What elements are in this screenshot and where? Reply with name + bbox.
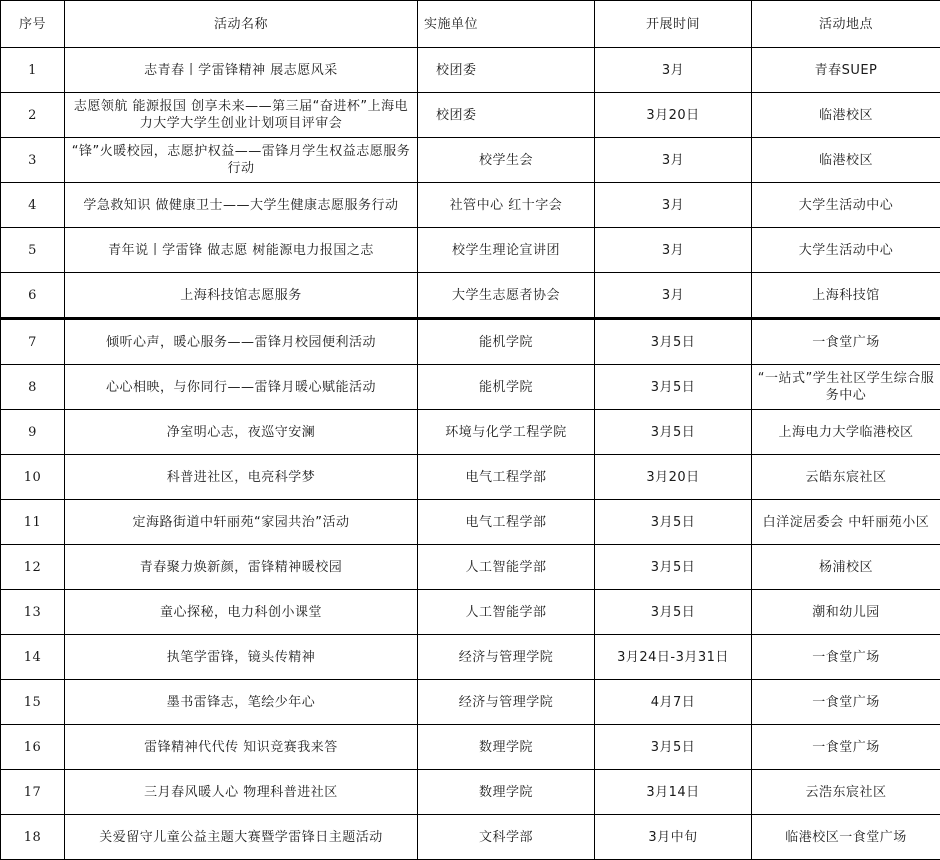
cell-activity-name: 上海科技馆志愿服务: [65, 273, 418, 319]
cell-unit: 数理学院: [418, 770, 595, 815]
cell-activity-name: 学急救知识 做健康卫士——大学生健康志愿服务行动: [65, 183, 418, 228]
table-row: 2 志愿领航 能源报国 创享未来——第三届“奋进杯”上海电力大学大学生创业计划项…: [1, 93, 940, 138]
cell-no: 5: [1, 228, 65, 273]
cell-unit: 校学生会: [418, 138, 595, 183]
cell-unit: 经济与管理学院: [418, 680, 595, 725]
cell-time: 4月7日: [595, 680, 752, 725]
cell-no: 7: [1, 319, 65, 365]
table-row: 4 学急救知识 做健康卫士——大学生健康志愿服务行动 社管中心 红十字会 3月 …: [1, 183, 940, 228]
table-row: 6 上海科技馆志愿服务 大学生志愿者协会 3月 上海科技馆: [1, 273, 940, 319]
cell-activity-name: 童心探秘，电力科创小课堂: [65, 590, 418, 635]
header-activity-name: 活动名称: [65, 1, 418, 48]
cell-time: 3月20日: [595, 455, 752, 500]
table-row: 9 净室明心志，夜巡守安澜 环境与化学工程学院 3月5日 上海电力大学临港校区: [1, 410, 940, 455]
cell-activity-name: 定海路街道中轩丽苑“家园共治”活动: [65, 500, 418, 545]
cell-place: 一食堂广场: [752, 319, 940, 365]
cell-no: 15: [1, 680, 65, 725]
cell-unit: 数理学院: [418, 725, 595, 770]
cell-activity-name: 志愿领航 能源报国 创享未来——第三届“奋进杯”上海电力大学大学生创业计划项目评…: [65, 93, 418, 138]
cell-no: 9: [1, 410, 65, 455]
cell-unit: 经济与管理学院: [418, 635, 595, 680]
cell-time: 3月: [595, 273, 752, 319]
activity-table: 序号 活动名称 实施单位 开展时间 活动地点 1 志青春丨学雷锋精神 展志愿风采…: [0, 0, 940, 855]
activity-table-container: 序号 活动名称 实施单位 开展时间 活动地点 1 志青春丨学雷锋精神 展志愿风采…: [0, 0, 940, 855]
cell-place: 潮和幼儿园: [752, 590, 940, 635]
table-row: 15 墨书雷锋志，笔绘少年心 经济与管理学院 4月7日 一食堂广场: [1, 680, 940, 725]
cell-place: 上海电力大学临港校区: [752, 410, 940, 455]
cell-time: 3月5日: [595, 319, 752, 365]
cell-activity-name: 科普进社区，电亮科学梦: [65, 455, 418, 500]
cell-place: 一食堂广场: [752, 635, 940, 680]
cell-unit: 社管中心 红十字会: [418, 183, 595, 228]
header-time: 开展时间: [595, 1, 752, 48]
cell-place: 青春SUEP: [752, 48, 940, 93]
table-row: 12 青春聚力焕新颜，雷锋精神暖校园 人工智能学部 3月5日 杨浦校区: [1, 545, 940, 590]
cell-activity-name: 雷锋精神代代传 知识竞赛我来答: [65, 725, 418, 770]
cell-place: 临港校区一食堂广场: [752, 815, 940, 856]
cell-time: 3月5日: [595, 410, 752, 455]
cell-activity-name: 关爱留守儿童公益主题大赛暨学雷锋日主题活动: [65, 815, 418, 856]
cell-no: 16: [1, 725, 65, 770]
cell-time: 3月: [595, 138, 752, 183]
cell-activity-name: 青春聚力焕新颜，雷锋精神暖校园: [65, 545, 418, 590]
cell-activity-name: 青年说丨学雷锋 做志愿 树能源电力报国之志: [65, 228, 418, 273]
cell-no: 4: [1, 183, 65, 228]
cell-unit: 能机学院: [418, 365, 595, 410]
cell-unit: 电气工程学部: [418, 455, 595, 500]
header-place: 活动地点: [752, 1, 940, 48]
cell-activity-name: 净室明心志，夜巡守安澜: [65, 410, 418, 455]
cell-place: “一站式”学生社区学生综合服务中心: [752, 365, 940, 410]
cell-unit: 人工智能学部: [418, 590, 595, 635]
cell-time: 3月5日: [595, 365, 752, 410]
cell-place: 大学生活动中心: [752, 228, 940, 273]
cell-unit: 环境与化学工程学院: [418, 410, 595, 455]
cell-time: 3月: [595, 228, 752, 273]
cell-no: 12: [1, 545, 65, 590]
cell-no: 2: [1, 93, 65, 138]
cell-time: 3月中旬: [595, 815, 752, 856]
cell-activity-name: 心心相映，与你同行——雷锋月暖心赋能活动: [65, 365, 418, 410]
cell-unit: 校团委: [418, 93, 595, 138]
cell-no: 3: [1, 138, 65, 183]
table-row: 5 青年说丨学雷锋 做志愿 树能源电力报国之志 校学生理论宣讲团 3月 大学生活…: [1, 228, 940, 273]
cell-time: 3月: [595, 183, 752, 228]
cell-unit: 电气工程学部: [418, 500, 595, 545]
table-row: 16 雷锋精神代代传 知识竞赛我来答 数理学院 3月5日 一食堂广场: [1, 725, 940, 770]
cell-unit: 人工智能学部: [418, 545, 595, 590]
table-row: 1 志青春丨学雷锋精神 展志愿风采 校团委 3月 青春SUEP: [1, 48, 940, 93]
cell-place: 大学生活动中心: [752, 183, 940, 228]
cell-place: 白洋淀居委会 中轩丽苑小区: [752, 500, 940, 545]
cell-time: 3月: [595, 48, 752, 93]
cell-unit: 文科学部: [418, 815, 595, 856]
header-unit: 实施单位: [418, 1, 595, 48]
table-row: 7 倾听心声，暖心服务——雷锋月校园便利活动 能机学院 3月5日 一食堂广场: [1, 319, 940, 365]
cell-unit: 校学生理论宣讲团: [418, 228, 595, 273]
cell-place: 云浩东宸社区: [752, 770, 940, 815]
cell-time: 3月24日-3月31日: [595, 635, 752, 680]
cell-place: 上海科技馆: [752, 273, 940, 319]
table-row: 3 “锋”火暖校园，志愿护权益——雷锋月学生权益志愿服务行动 校学生会 3月 临…: [1, 138, 940, 183]
cell-time: 3月20日: [595, 93, 752, 138]
table-row: 11 定海路街道中轩丽苑“家园共治”活动 电气工程学部 3月5日 白洋淀居委会 …: [1, 500, 940, 545]
cell-no: 10: [1, 455, 65, 500]
cell-unit: 校团委: [418, 48, 595, 93]
cell-unit: 能机学院: [418, 319, 595, 365]
cell-no: 14: [1, 635, 65, 680]
cell-place: 一食堂广场: [752, 725, 940, 770]
cell-no: 11: [1, 500, 65, 545]
cell-activity-name: 墨书雷锋志，笔绘少年心: [65, 680, 418, 725]
cell-no: 18: [1, 815, 65, 856]
cell-place: 临港校区: [752, 138, 940, 183]
cell-activity-name: 倾听心声，暖心服务——雷锋月校园便利活动: [65, 319, 418, 365]
cell-no: 17: [1, 770, 65, 815]
cell-activity-name: 志青春丨学雷锋精神 展志愿风采: [65, 48, 418, 93]
cell-time: 3月5日: [595, 725, 752, 770]
table-row: 8 心心相映，与你同行——雷锋月暖心赋能活动 能机学院 3月5日 “一站式”学生…: [1, 365, 940, 410]
header-no: 序号: [1, 1, 65, 48]
cell-time: 3月5日: [595, 500, 752, 545]
table-row: 14 执笔学雷锋，镜头传精神 经济与管理学院 3月24日-3月31日 一食堂广场: [1, 635, 940, 680]
cell-no: 6: [1, 273, 65, 319]
cell-unit: 大学生志愿者协会: [418, 273, 595, 319]
cell-time: 3月5日: [595, 590, 752, 635]
cell-place: 杨浦校区: [752, 545, 940, 590]
cell-time: 3月14日: [595, 770, 752, 815]
cell-no: 1: [1, 48, 65, 93]
cell-activity-name: 三月春风暖人心 物理科普进社区: [65, 770, 418, 815]
table-row: 13 童心探秘，电力科创小课堂 人工智能学部 3月5日 潮和幼儿园: [1, 590, 940, 635]
table-row: 10 科普进社区，电亮科学梦 电气工程学部 3月20日 云皓东宸社区: [1, 455, 940, 500]
cell-activity-name: 执笔学雷锋，镜头传精神: [65, 635, 418, 680]
cell-place: 临港校区: [752, 93, 940, 138]
cell-time: 3月5日: [595, 545, 752, 590]
cell-place: 一食堂广场: [752, 680, 940, 725]
cell-place: 云皓东宸社区: [752, 455, 940, 500]
cell-no: 8: [1, 365, 65, 410]
table-row: 18 关爱留守儿童公益主题大赛暨学雷锋日主题活动 文科学部 3月中旬 临港校区一…: [1, 815, 940, 856]
table-row: 17 三月春风暖人心 物理科普进社区 数理学院 3月14日 云浩东宸社区: [1, 770, 940, 815]
table-header-row: 序号 活动名称 实施单位 开展时间 活动地点: [1, 1, 940, 48]
cell-no: 13: [1, 590, 65, 635]
cell-activity-name: “锋”火暖校园，志愿护权益——雷锋月学生权益志愿服务行动: [65, 138, 418, 183]
